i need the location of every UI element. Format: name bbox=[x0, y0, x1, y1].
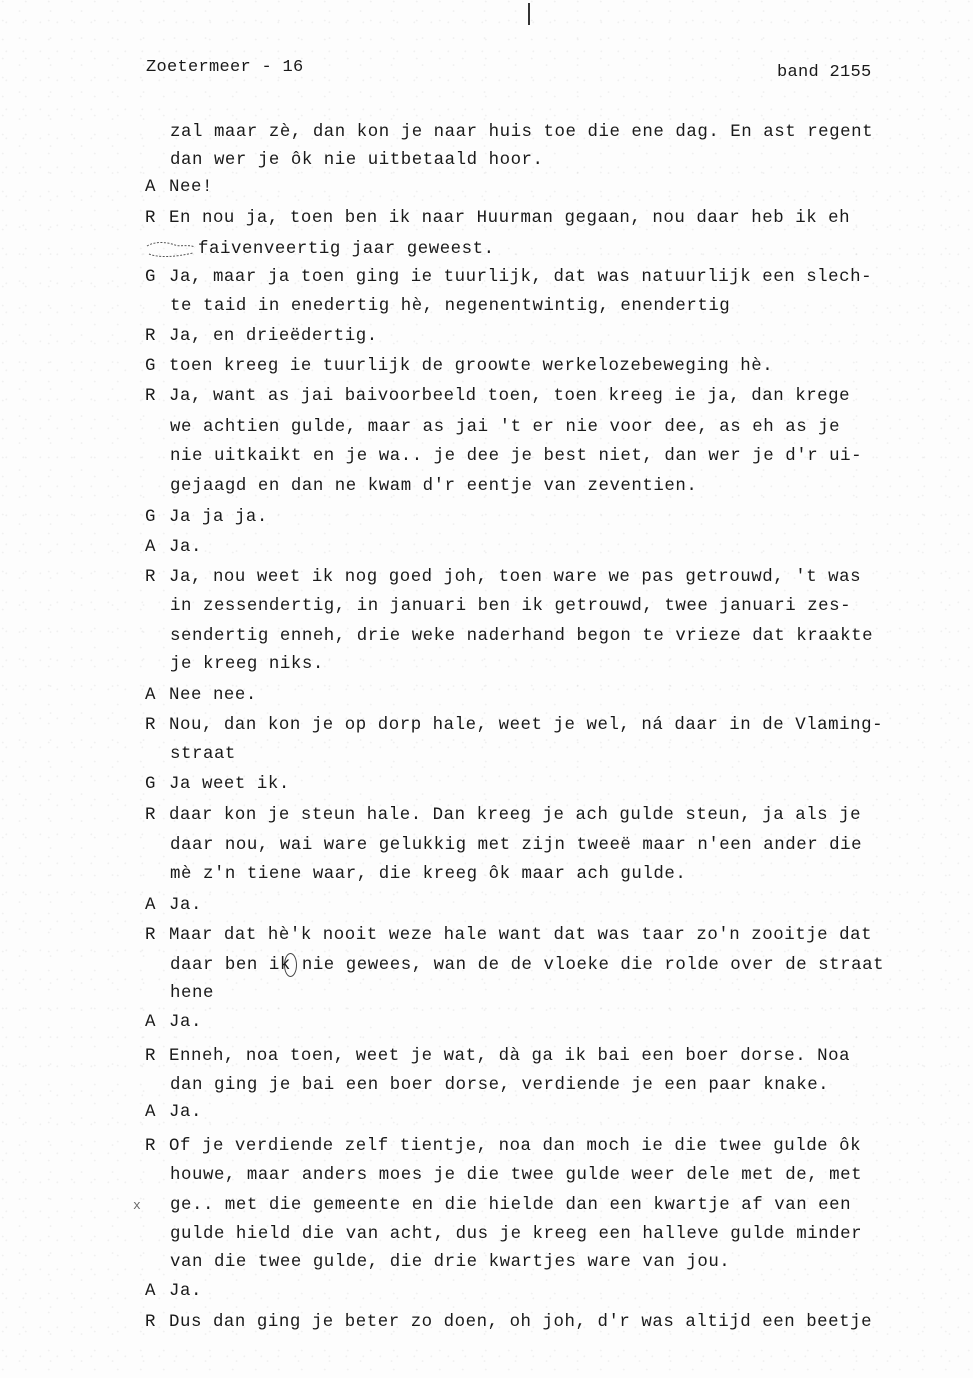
utterance-text: Ja. bbox=[169, 896, 202, 915]
utterance-text: faivenveertig jaar geweest. bbox=[198, 240, 495, 259]
speaker-label: A bbox=[145, 896, 169, 916]
transcript-continuation: nie uitkaikt en je wa.. je dee je best n… bbox=[170, 447, 862, 467]
utterance-text: daar ben ik nie gewees, wan de de vloeke… bbox=[170, 956, 884, 975]
transcript-continuation: hene bbox=[170, 984, 214, 1004]
speaker-label: R bbox=[145, 209, 169, 229]
document-page: Zoetermeer - 16 band 2155 x zal maar zè,… bbox=[0, 0, 973, 1378]
transcript-turn: RDus dan ging je beter zo doen, oh joh, … bbox=[145, 1313, 872, 1333]
utterance-text: En nou ja, toen ben ik naar Huurman gega… bbox=[169, 209, 850, 228]
utterance-text: hene bbox=[170, 984, 214, 1003]
utterance-text: je kreeg niks. bbox=[170, 655, 324, 674]
transcript-continuation: daar nou, wai ware gelukkig met zijn twe… bbox=[170, 836, 862, 856]
transcript-turn: GJa ja ja. bbox=[145, 508, 268, 528]
speaker-label: R bbox=[145, 387, 169, 407]
utterance-text: daar nou, wai ware gelukkig met zijn twe… bbox=[170, 836, 862, 855]
transcript-continuation: dan wer je ôk nie uitbetaald hoor. bbox=[170, 151, 544, 171]
utterance-text: we achtien gulde, maar as jai 't er nie … bbox=[170, 418, 840, 437]
utterance-text: toen kreeg ie tuurlijk de groowte werkel… bbox=[169, 357, 773, 376]
utterance-text: nie uitkaikt en je wa.. je dee je best n… bbox=[170, 447, 862, 466]
transcript-turn: Rdaar kon je steun hale. Dan kreeg je ac… bbox=[145, 806, 861, 826]
speaker-label: R bbox=[145, 568, 169, 588]
transcript-turn: RJa, want as jai baivoorbeeld toen, toen… bbox=[145, 387, 850, 407]
utterance-text: gulde hield die van acht, dus je kreeg e… bbox=[170, 1225, 862, 1244]
utterance-text: Ja. bbox=[169, 1013, 202, 1032]
transcript-continuation: we achtien gulde, maar as jai 't er nie … bbox=[170, 418, 840, 438]
transcript-turn: RNou, dan kon je op dorp hale, weet je w… bbox=[145, 716, 883, 736]
utterance-text: Ja weet ik. bbox=[169, 775, 290, 794]
speaker-label: R bbox=[145, 806, 169, 826]
transcript-turn: GJa weet ik. bbox=[145, 775, 290, 795]
utterance-text: Ja. bbox=[169, 538, 202, 557]
utterance-text: te taid in enedertig hè, negenentwintig,… bbox=[170, 297, 730, 316]
speaker-label: R bbox=[145, 716, 169, 736]
transcript-turn: RMaar dat hè'k nooit weze hale want dat … bbox=[145, 926, 872, 946]
transcript-turn: Gtoen kreeg ie tuurlijk de groowte werke… bbox=[145, 357, 773, 377]
transcript-continuation: in zessendertig, in januari ben ik getro… bbox=[170, 597, 851, 617]
utterance-text: dan wer je ôk nie uitbetaald hoor. bbox=[170, 151, 544, 170]
utterance-text: straat bbox=[170, 745, 236, 764]
utterance-text: Nee! bbox=[169, 178, 213, 197]
transcript-turn: AJa. bbox=[145, 896, 202, 916]
handwritten-scribble-icon bbox=[145, 238, 197, 260]
speaker-label: R bbox=[145, 1047, 169, 1067]
speaker-label: R bbox=[145, 1137, 169, 1157]
utterance-text: Ja, want as jai baivoorbeeld toen, toen … bbox=[169, 387, 850, 406]
transcript-turn: ANee nee. bbox=[145, 686, 257, 706]
transcript-continuation: gejaagd en dan ne kwam d'r eentje van ze… bbox=[170, 477, 697, 497]
margin-x-mark: x bbox=[133, 1198, 141, 1213]
speaker-label: G bbox=[145, 775, 169, 795]
transcript-turn: RJa, en drieëdertig. bbox=[145, 327, 378, 347]
speaker-label: G bbox=[145, 508, 169, 528]
utterance-text: sendertig enneh, drie weke naderhand beg… bbox=[170, 627, 873, 646]
speaker-label: R bbox=[145, 1313, 169, 1333]
speaker-label: A bbox=[145, 1282, 169, 1302]
utterance-text: Of je verdiende zelf tientje, noa dan mo… bbox=[169, 1137, 861, 1156]
transcript-turn: GJa, maar ja toen ging ie tuurlijk, dat … bbox=[145, 268, 872, 288]
speaker-label: G bbox=[145, 357, 169, 377]
document-header-title: Zoetermeer - 16 bbox=[146, 58, 304, 77]
utterance-text: daar kon je steun hale. Dan kreeg je ach… bbox=[169, 806, 861, 825]
utterance-text: ge.. met die gemeente en die hielde dan … bbox=[170, 1196, 851, 1215]
utterance-text: Dus dan ging je beter zo doen, oh joh, d… bbox=[169, 1313, 872, 1332]
document-header-tape-number: band 2155 bbox=[777, 63, 872, 82]
utterance-text: dan ging je bai een boer dorse, verdiend… bbox=[170, 1076, 829, 1095]
utterance-text: Enneh, noa toen, weet je wat, dà ga ik b… bbox=[169, 1047, 850, 1066]
utterance-text: Ja, nou weet ik nog goed joh, toen ware … bbox=[169, 568, 861, 587]
utterance-text: van die twee gulde, die drie kwartjes wa… bbox=[170, 1253, 730, 1272]
utterance-text: Nee nee. bbox=[169, 686, 257, 705]
utterance-text: houwe, maar anders moes je die twee guld… bbox=[170, 1166, 862, 1185]
utterance-text: Ja, en drieëdertig. bbox=[169, 327, 378, 346]
transcript-turn: AJa. bbox=[145, 1013, 202, 1033]
transcript-continuation: ge.. met die gemeente en die hielde dan … bbox=[170, 1196, 851, 1216]
page-edge-mark bbox=[528, 3, 530, 25]
speaker-label: R bbox=[145, 327, 169, 347]
speaker-label: R bbox=[145, 926, 169, 946]
transcript-turn: RJa, nou weet ik nog goed joh, toen ware… bbox=[145, 568, 861, 588]
utterance-text: mè z'n tiene waar, die kreeg ôk maar ach… bbox=[170, 865, 686, 884]
utterance-text: Maar dat hè'k nooit weze hale want dat w… bbox=[169, 926, 872, 945]
transcript-continuation: houwe, maar anders moes je die twee guld… bbox=[170, 1166, 862, 1186]
transcript-continuation: van die twee gulde, die drie kwartjes wa… bbox=[170, 1253, 730, 1273]
utterance-text: Ja. bbox=[169, 1103, 202, 1122]
transcript-continuation: te taid in enedertig hè, negenentwintig,… bbox=[170, 297, 730, 317]
transcript-continuation: straat bbox=[170, 745, 236, 765]
utterance-text: Ja, maar ja toen ging ie tuurlijk, dat w… bbox=[169, 268, 872, 287]
transcript-continuation: daar ben ik nie gewees, wan de de vloeke… bbox=[170, 956, 884, 976]
transcript-turn: REn nou ja, toen ben ik naar Huurman geg… bbox=[145, 209, 850, 229]
utterance-text: Ja ja ja. bbox=[169, 508, 268, 527]
transcript-continuation: faivenveertig jaar geweest. bbox=[198, 240, 495, 260]
transcript-continuation: gulde hield die van acht, dus je kreeg e… bbox=[170, 1225, 862, 1245]
transcript-continuation: sendertig enneh, drie weke naderhand beg… bbox=[170, 627, 873, 647]
transcript-continuation: zal maar zè, dan kon je naar huis toe di… bbox=[170, 123, 873, 143]
utterance-text: Ja. bbox=[169, 1282, 202, 1301]
speaker-label: A bbox=[145, 538, 169, 558]
transcript-turn: ANee! bbox=[145, 178, 213, 198]
transcript-continuation: dan ging je bai een boer dorse, verdiend… bbox=[170, 1076, 829, 1096]
transcript-turn: AJa. bbox=[145, 538, 202, 558]
speaker-label: A bbox=[145, 686, 169, 706]
transcript-turn: ROf je verdiende zelf tientje, noa dan m… bbox=[145, 1137, 861, 1157]
speaker-label: A bbox=[145, 1013, 169, 1033]
transcript-turn: REnneh, noa toen, weet je wat, dà ga ik … bbox=[145, 1047, 850, 1067]
transcript-turn: AJa. bbox=[145, 1282, 202, 1302]
utterance-text: Nou, dan kon je op dorp hale, weet je we… bbox=[169, 716, 883, 735]
utterance-text: in zessendertig, in januari ben ik getro… bbox=[170, 597, 851, 616]
transcript-continuation: je kreeg niks. bbox=[170, 655, 324, 675]
transcript-continuation: mè z'n tiene waar, die kreeg ôk maar ach… bbox=[170, 865, 686, 885]
transcript-turn: AJa. bbox=[145, 1103, 202, 1123]
utterance-text: zal maar zè, dan kon je naar huis toe di… bbox=[170, 123, 873, 142]
utterance-text: gejaagd en dan ne kwam d'r eentje van ze… bbox=[170, 477, 697, 496]
speaker-label: A bbox=[145, 1103, 169, 1123]
speaker-label: G bbox=[145, 268, 169, 288]
speaker-label: A bbox=[145, 178, 169, 198]
